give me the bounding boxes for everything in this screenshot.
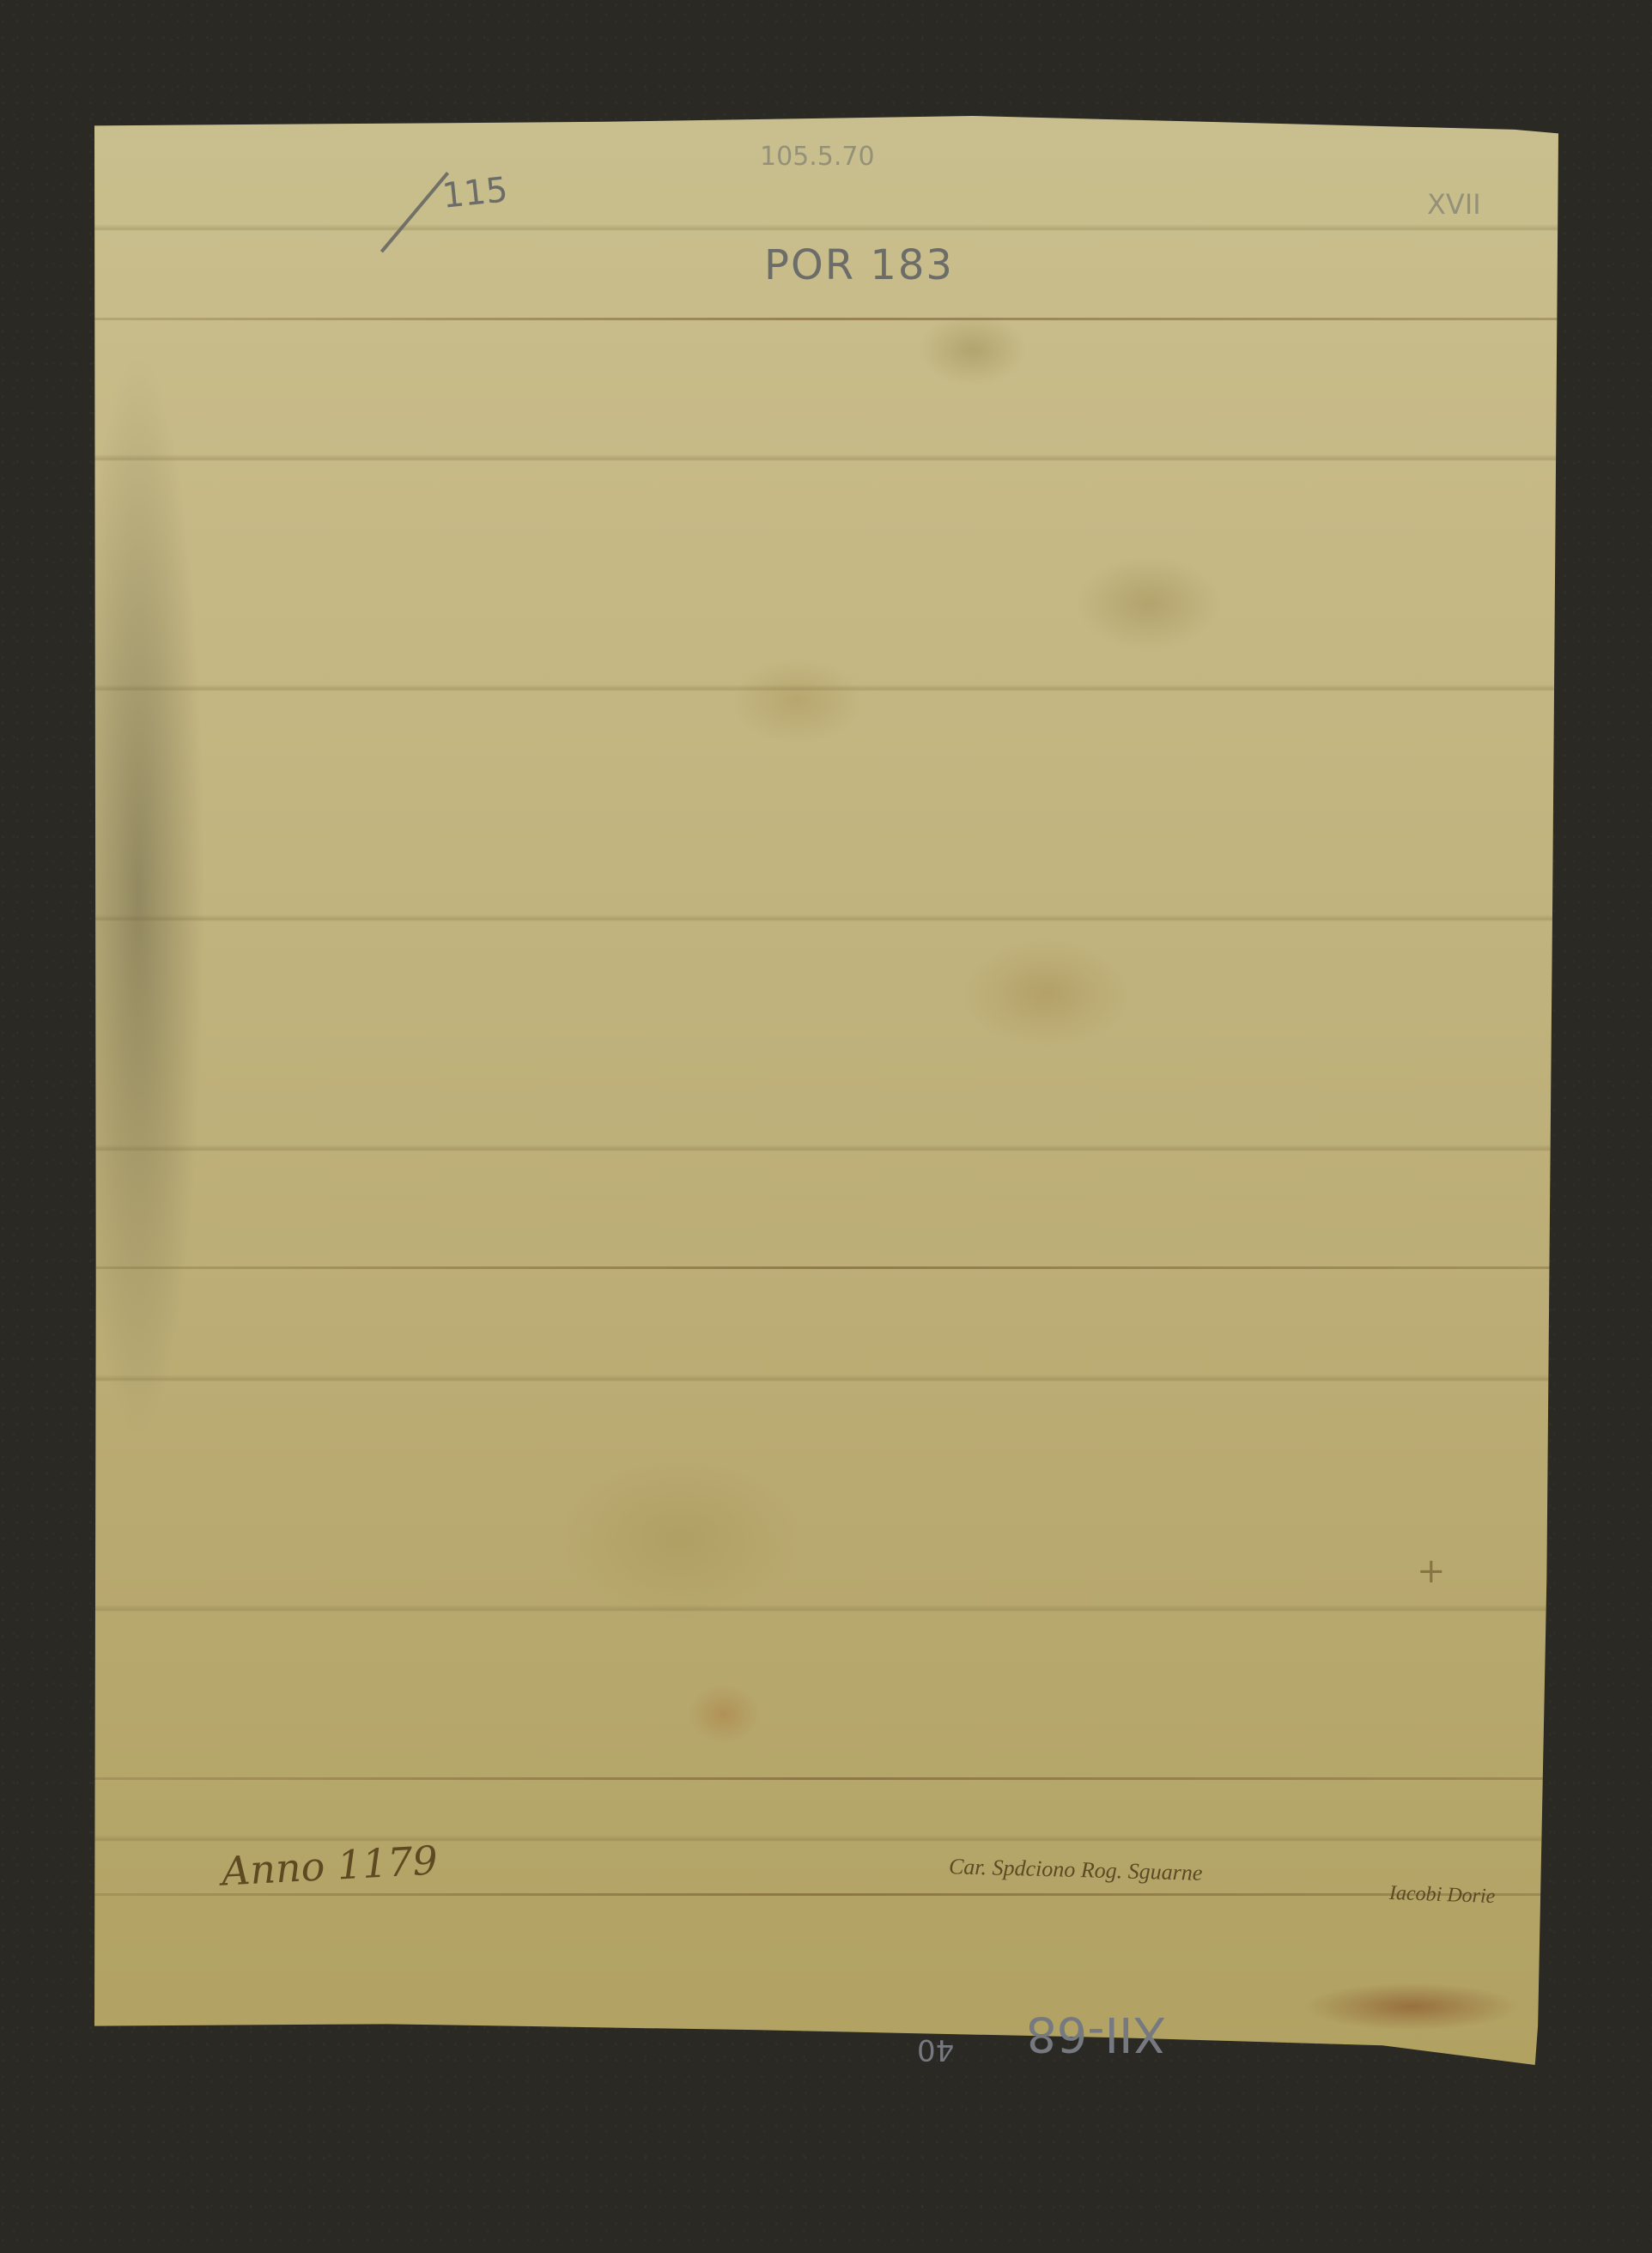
cross-mark: + <box>1417 1554 1446 1588</box>
archival-number-115: 115 <box>440 173 509 214</box>
small-number-text: 40 <box>917 2035 954 2064</box>
year-annotation: Anno 1179 <box>221 1840 439 1891</box>
fold-line <box>94 318 1558 320</box>
roman-numeral-mark: XVII <box>1427 191 1481 218</box>
inventory-number-text: XII-68 <box>1026 2009 1166 2057</box>
fold-line <box>94 1777 1558 1780</box>
upside-down-small-number: 40 <box>917 2035 954 2064</box>
parchment-sheet <box>94 116 1558 2065</box>
upside-down-inventory-number: XII-68 <box>1026 2009 1166 2057</box>
shelfmark: POR 183 <box>764 245 954 286</box>
fold-line <box>94 1266 1558 1269</box>
faint-top-reference: 105.5.70 <box>760 144 875 170</box>
fold-line <box>94 1893 1558 1896</box>
dorsal-note-continued: Iacobi Dorie <box>1389 1883 1496 1907</box>
